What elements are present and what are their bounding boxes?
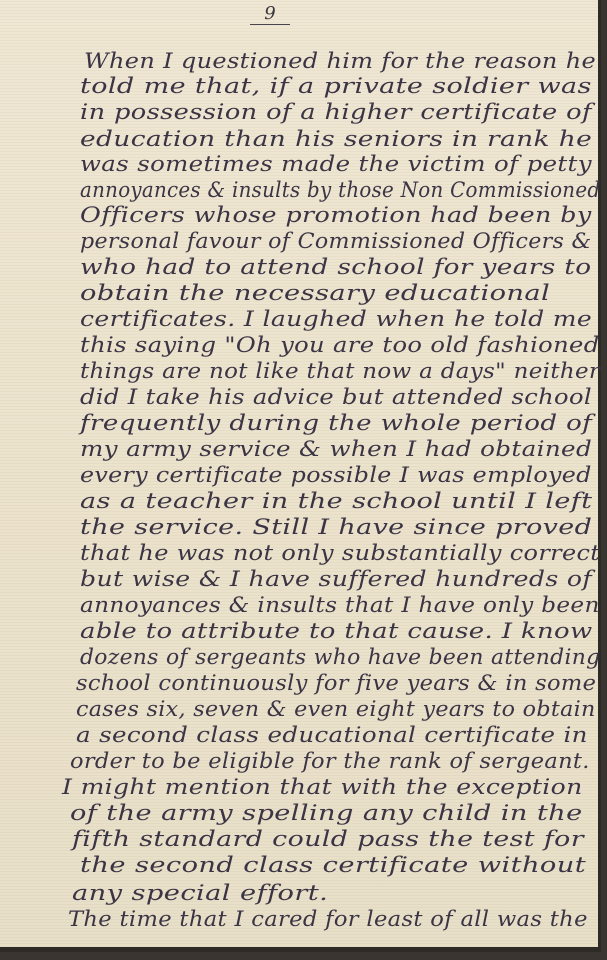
- text-line: who had to attend school for years to: [80, 254, 591, 280]
- text-line: annoyances & insults by those Non Commis…: [80, 177, 600, 203]
- text-line: I might mention that with the exception: [62, 774, 583, 800]
- text-line: education than his seniors in rank he: [80, 126, 592, 152]
- text-line: every certificate possible I was employe…: [80, 462, 592, 488]
- text-line: frequently during the whole period of: [80, 410, 592, 436]
- text-line: did I take his advice but attended schoo…: [80, 384, 592, 410]
- text-line: was sometimes made the victim of petty: [80, 151, 592, 177]
- text-line: the second class certificate without: [80, 852, 586, 878]
- text-line: my army service & when I had obtained: [80, 436, 592, 462]
- text-line: this saying "Oh you are too old fashione…: [80, 332, 600, 358]
- text-line: fifth standard could pass the test for: [72, 826, 584, 852]
- text-line: any special effort.: [72, 880, 328, 906]
- text-line: annoyances & insults that I have only be…: [80, 592, 600, 618]
- manuscript-page: 9 When I questioned him for the reason h…: [0, 0, 601, 952]
- text-line: school continuously for five years & in …: [76, 670, 596, 696]
- text-line: of the army spelling any child in the: [70, 800, 583, 826]
- text-line: When I questioned him for the reason he: [84, 48, 596, 74]
- text-line: dozens of sergeants who have been attend…: [80, 644, 600, 670]
- text-line: personal favour of Commissioned Officers…: [80, 228, 592, 254]
- page-number: 9: [250, 4, 290, 25]
- text-line: things are not like that now a days" nei…: [80, 358, 600, 384]
- text-line: told me that, if a private soldier was: [80, 73, 592, 99]
- text-line: certificates. I laughed when he told me: [80, 306, 592, 332]
- text-line: obtain the necessary educational: [80, 280, 550, 306]
- text-line: in possession of a higher certificate of: [80, 99, 592, 125]
- text-line: as a teacher in the school until I left: [80, 488, 592, 514]
- text-line: able to attribute to that cause. I know: [80, 618, 593, 644]
- text-line: the service. Still I have since proved: [80, 514, 592, 540]
- text-line: that he was not only substantially corre…: [80, 540, 600, 566]
- text-line: Officers whose promotion had been by: [80, 202, 592, 228]
- text-line: cases six, seven & even eight years to o…: [76, 696, 596, 722]
- text-line: but wise & I have suffered hundreds of: [80, 566, 592, 592]
- text-line: The time that I cared for least of all w…: [68, 906, 588, 932]
- text-line: order to be eligible for the rank of ser…: [70, 748, 590, 774]
- text-line: a second class educational certificate i…: [76, 722, 588, 748]
